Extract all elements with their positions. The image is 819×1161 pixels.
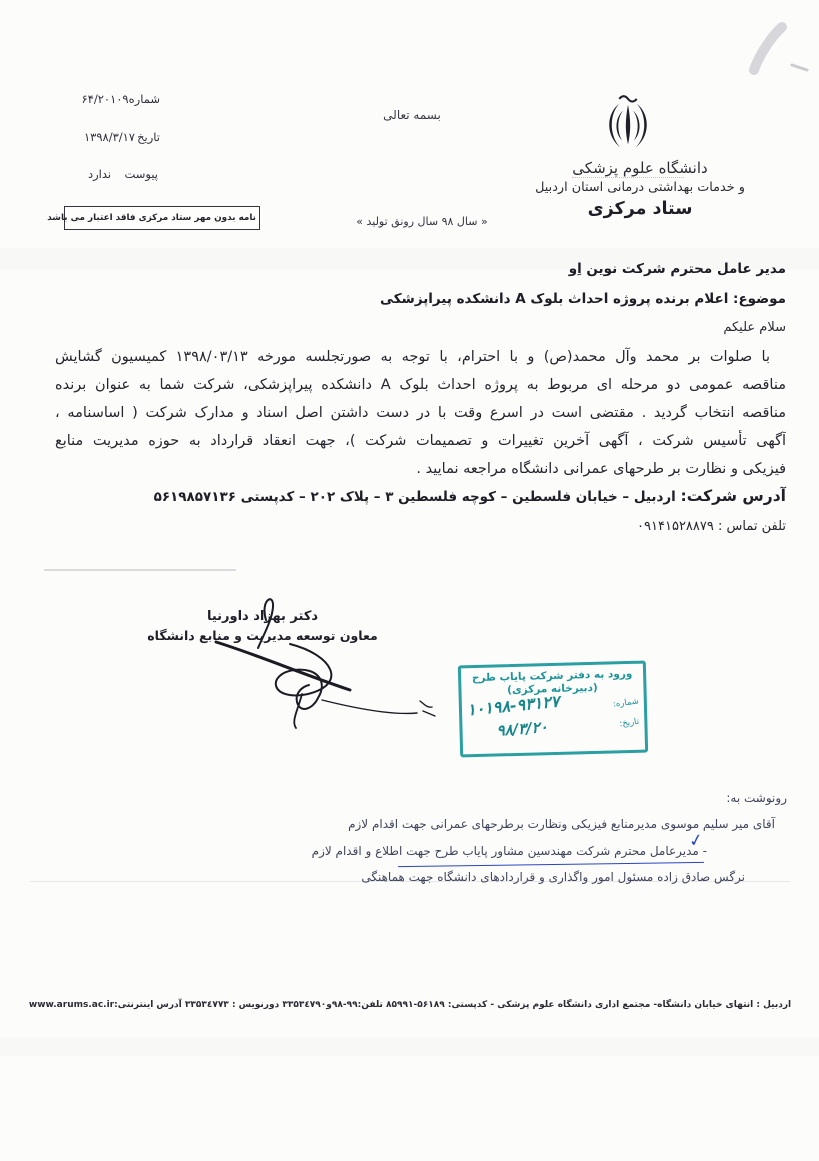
scan-band [0, 1038, 819, 1056]
handwritten-signature [170, 582, 440, 732]
scan-pink-underline [572, 177, 684, 178]
cc-item-3: نرگس صادق زاده مسئول امور واگذاری و قرار… [361, 870, 745, 884]
address-label: آدرس شرکت: [681, 487, 786, 505]
blue-underline-mark [398, 860, 704, 867]
blue-checkmark: ✓ [687, 830, 705, 852]
company-address-line: آدرس شرکت: اردبیل – خیابان فلسطین – کوچه… [55, 487, 786, 505]
scanned-letter-page: شماره ۶۴/۲۰۱۰۹ تاریخ ۱۳۹۸/۳/۱۷ پیوست ندا… [0, 0, 819, 1161]
scan-smudge-mark [722, 20, 814, 92]
org-line1: دانشگاه علوم پزشکی [520, 159, 760, 177]
date-value: ۱۳۹۸/۳/۱۷ [84, 130, 135, 144]
stamp-number-label: شماره: [612, 696, 639, 709]
org-name-block: دانشگاه علوم پزشکی و خدمات بهداشتی درمان… [520, 159, 760, 219]
recipient-line: مدیر عامل محترم شرکت نوین اِو [55, 261, 786, 277]
cc-title: رونوشت به: [726, 791, 787, 805]
letter-number-row: شماره ۶۴/۲۰۱۰۹ [84, 92, 160, 106]
subject-line: موضوع: اعلام برنده پروژه احداث بلوک A دا… [55, 291, 786, 307]
body-line-5: فیزیکی و نظارت بر طرحهای عمرانی دانشگاه … [55, 457, 786, 483]
iran-emblem-icon [597, 91, 659, 161]
org-line3: ستاد مرکزی [520, 199, 760, 219]
validity-note-box: نامه بدون مهر ستاد مرکزی فاقد اعتبار می … [64, 206, 260, 230]
number-value: ۶۴/۲۰۱۰۹ [82, 92, 129, 106]
number-label: شماره [129, 92, 160, 106]
body-line-4: آگهی تأسیس شرکت ، آگهی آخرین تغییرات و ت… [55, 429, 786, 455]
signatory-name: دکتر بهزاد داورنیا [145, 609, 380, 624]
company-receipt-stamp: ورود به دفتر شرکت پایاب طرح (دبیرخانه مر… [458, 661, 648, 758]
address-text: اردبیل – خیابان فلسطین – کوچه فلسطین ۳ –… [154, 489, 676, 505]
contact-phone-line: تلفن تماس : ۰۹۱۴۱۵۲۸۸۷۹ [55, 519, 786, 534]
body-line-2: مناقصه عمومی دو مرحله ای مربوط به پروژه … [55, 373, 786, 399]
body-line-1: با صلوات بر محمد وآل محمد(ص) و با احترام… [55, 345, 786, 371]
stamp-date-label: تاریخ: [619, 717, 640, 729]
signatory-block: دکتر بهزاد داورنیا معاون توسعه مدیریت و … [145, 609, 380, 643]
year-slogan: « سال ۹۸ سال رونق تولید » [342, 215, 502, 228]
attachment-value: ندارد [88, 167, 111, 181]
signatory-title: معاون توسعه مدیریت و منابع دانشگاه [145, 628, 380, 643]
scan-fold-line [44, 569, 236, 571]
attachment-row: پیوست ندارد [88, 167, 158, 181]
org-line2: و خدمات بهداشتی درمانی استان اردبیل [520, 180, 760, 195]
body-line-3: مناقصه انتخاب گردید . مقتضی است در اسرع … [55, 401, 786, 427]
letter-date-row: تاریخ ۱۳۹۸/۳/۱۷ [84, 130, 160, 144]
cc-item-2: - مدیرعامل محترم شرکت مهندسین مشاور پایا… [312, 844, 707, 858]
stamp-date-handwritten: ۹۸/۳/۲۰ [496, 718, 549, 740]
attachment-label: پیوست [124, 167, 158, 181]
letterhead-footer: اردبیل : انتهای خیابان دانشگاه- مجتمع اد… [28, 1000, 792, 1010]
stamp-date-row: تاریخ: ۹۸/۳/۲۰ [462, 715, 644, 740]
salutation-line: سلام علیکم [55, 320, 786, 335]
besmellah-text: بسمه تعالی [352, 108, 472, 122]
cc-item-1: آقای میر سلیم موسوی مدیرمنابع فیزیکی ونظ… [348, 817, 775, 831]
date-label: تاریخ [137, 130, 160, 144]
